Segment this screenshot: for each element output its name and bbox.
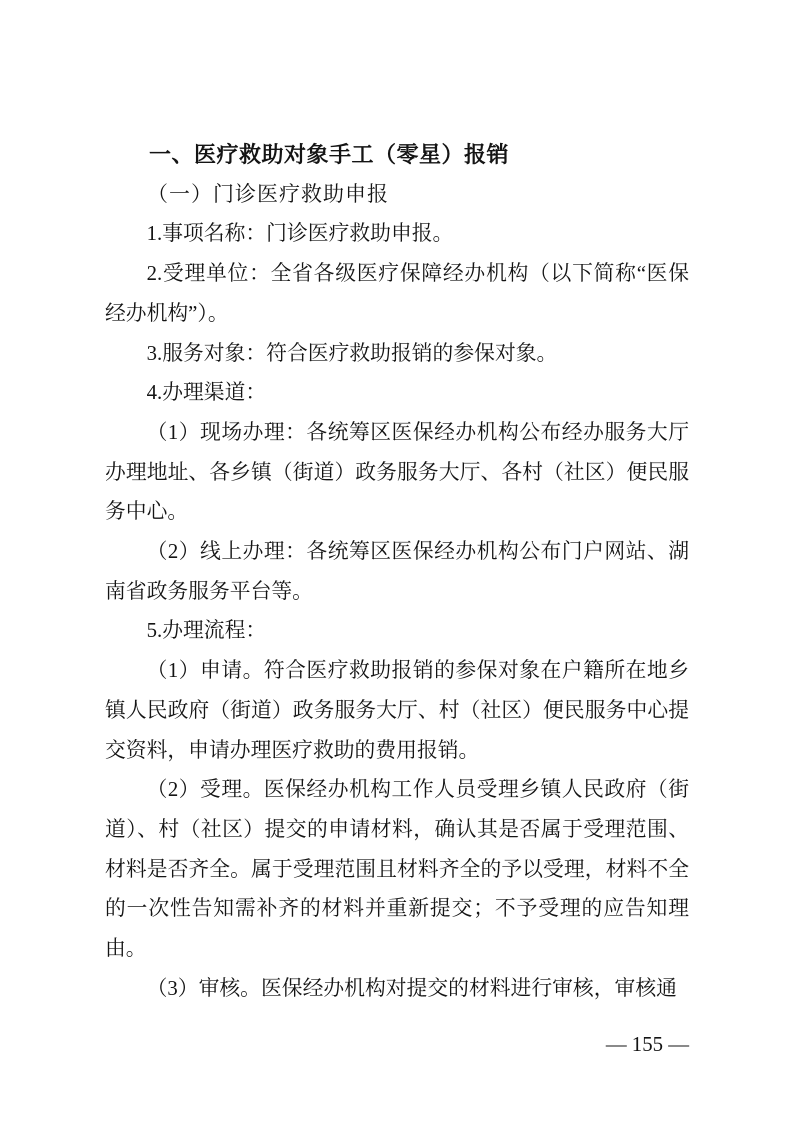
paragraph-process-review: （3）审核。医保经办机构对提交的材料进行审核，审核通 — [105, 969, 689, 1009]
document-page: 一、医疗救助对象手工（零星）报销 （一）门诊医疗救助申报 1.事项名称：门诊医疗… — [0, 0, 793, 1122]
document-body: 一、医疗救助对象手工（零星）报销 （一）门诊医疗救助申报 1.事项名称：门诊医疗… — [105, 135, 689, 1008]
paragraph-process-accept: （2）受理。医保经办机构工作人员受理乡镇人民政府（街道）、村（社区）提交的申请材… — [105, 770, 689, 969]
page-number: — 155 — — [105, 1033, 689, 1057]
paragraph-channel-onsite: （1）现场办理：各统筹区医保经办机构公布经办服务大厅办理地址、各乡镇（街道）政务… — [105, 413, 689, 532]
paragraph-channels-label: 4.办理渠道： — [105, 373, 689, 413]
paragraph-process-label: 5.办理流程： — [105, 611, 689, 651]
paragraph-channel-online: （2）线上办理：各统筹区医保经办机构公布门户网站、湖南省政务服务平台等。 — [105, 532, 689, 611]
paragraph-process-apply: （1）申请。符合医疗救助报销的参保对象在户籍所在地乡镇人民政府（街道）政务服务大… — [105, 651, 689, 770]
section-heading: 一、医疗救助对象手工（零星）报销 — [105, 135, 689, 175]
paragraph-item-name: 1.事项名称：门诊医疗救助申报。 — [105, 214, 689, 254]
subsection-heading: （一）门诊医疗救助申报 — [105, 175, 689, 215]
paragraph-accepting-unit: 2.受理单位：全省各级医疗保障经办机构（以下简称“医保经办机构”）。 — [105, 254, 689, 333]
paragraph-service-target: 3.服务对象：符合医疗救助报销的参保对象。 — [105, 334, 689, 374]
